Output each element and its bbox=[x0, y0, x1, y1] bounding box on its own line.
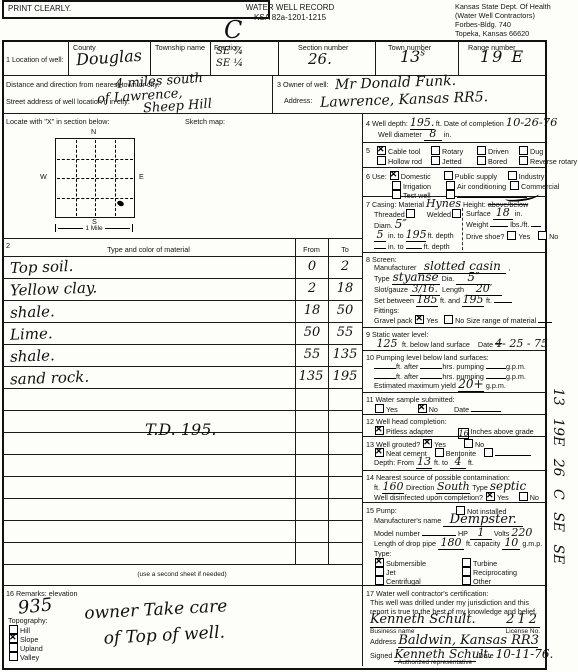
material-row-to: 50 bbox=[329, 303, 361, 318]
blank bbox=[471, 411, 501, 412]
pump-manufacturer-value: Dempster. bbox=[450, 516, 517, 523]
below-land-label: ft. below land surface bbox=[402, 340, 470, 349]
static-date-value: - 25 - 75 bbox=[502, 337, 548, 350]
sample-date-label: Date bbox=[454, 405, 469, 414]
contractor-address-value: Baldwin, Kansas RR3 bbox=[398, 637, 539, 644]
hollow-rod-label: Hollow rod bbox=[388, 157, 422, 166]
estimated-yield-label: Estimated maximum yield bbox=[374, 381, 456, 390]
checkbox-grouted-yes bbox=[423, 439, 432, 448]
screen-manufacturer-value: slotted casin bbox=[424, 263, 501, 270]
casing-into-label2: in. to bbox=[388, 242, 404, 251]
material-row-from: 55 bbox=[296, 347, 328, 362]
blank bbox=[374, 368, 396, 369]
screen-type-value: styanse bbox=[393, 274, 439, 281]
grout-ft-label: ft. bbox=[468, 458, 474, 467]
well-depth-line: 4 Well depth: 195. ft. Date of completio… bbox=[366, 118, 557, 130]
checkbox-driven bbox=[477, 146, 486, 155]
bored-label: Bored bbox=[488, 157, 507, 166]
weight-blank bbox=[490, 226, 508, 227]
casing-material-label: Material bbox=[398, 200, 424, 209]
weight-unit: lbs./ft. bbox=[510, 220, 529, 229]
authorized-representative-label: Authorized representative bbox=[398, 659, 472, 666]
gpm-label: g.p.m. bbox=[506, 372, 526, 381]
checkbox-submersible bbox=[375, 558, 384, 567]
casing-height-label: Height: bbox=[463, 200, 486, 209]
drill-method-row2: Hollow rod Jetted Bored Reverse rotary bbox=[376, 156, 577, 167]
hrs-pumping-label: hrs. pumping bbox=[442, 362, 484, 371]
material-row-text: Lime. bbox=[10, 324, 53, 343]
checkbox-centrifugal bbox=[375, 576, 384, 585]
well-diameter-unit: in. bbox=[444, 130, 452, 139]
compass-e: E bbox=[139, 172, 144, 182]
checkbox-drive-shoe-no bbox=[538, 231, 547, 240]
contamination-ft-label: ft. bbox=[374, 483, 380, 492]
business-name-value: Kenneth Schult. bbox=[370, 612, 476, 627]
screen-dia-label: Dia. bbox=[442, 274, 455, 283]
disinfected-yes-label: Yes bbox=[497, 493, 509, 502]
material-row-text: sand rock. bbox=[10, 368, 90, 389]
owner-label: 3 Owner of well: bbox=[277, 80, 329, 90]
blank bbox=[494, 302, 512, 303]
jetted-label: Jetted bbox=[442, 157, 462, 166]
water-sample-line: Yes No Date bbox=[374, 404, 501, 415]
checkbox-pitless bbox=[375, 426, 384, 435]
ft-label: ft. bbox=[486, 296, 492, 305]
gravel-yes-label: Yes bbox=[426, 316, 438, 325]
signed-date-label: Date bbox=[478, 651, 493, 660]
checkbox-bentonite bbox=[435, 448, 444, 457]
contamination-distance: 160 bbox=[383, 483, 404, 490]
checkbox-air-conditioning bbox=[446, 181, 455, 190]
well-location-mark bbox=[116, 200, 124, 207]
gpm-label: g.p.m. bbox=[506, 362, 526, 371]
material-row-from: 0 bbox=[296, 259, 328, 274]
blank bbox=[374, 248, 386, 249]
business-name-line: Kenneth Schult. 212 bbox=[370, 612, 540, 628]
checkbox-industry bbox=[508, 171, 517, 180]
pumping-line1: ft. after hrs. pumping g.p.m. bbox=[374, 362, 526, 372]
blank bbox=[495, 455, 531, 456]
grout-ft-to-label: ft. to bbox=[434, 458, 448, 467]
material-row-to: 55 bbox=[329, 325, 361, 340]
drill-method-num: 5 bbox=[366, 146, 370, 156]
comma: , bbox=[508, 263, 510, 272]
well-head-line: Pitless adapter 16 Inches above grade bbox=[374, 426, 534, 439]
grout-depth-label: Depth: From bbox=[374, 458, 414, 467]
remarks-note: owner Take care of Top of well. bbox=[84, 593, 230, 652]
drop-pipe-label: Length of drop pipe bbox=[374, 539, 436, 548]
checkbox-reverse-rotary bbox=[519, 156, 528, 165]
blank bbox=[374, 378, 396, 379]
material-header: Type and color of material bbox=[2, 245, 295, 255]
screen-set-line: Set between 185 ft. and 195 ft. bbox=[374, 296, 512, 307]
checkbox-turbine bbox=[462, 558, 471, 567]
print-clearly-label: PRINT CLEARLY. bbox=[8, 4, 71, 13]
blank bbox=[406, 248, 422, 249]
checkbox-hollow-rod bbox=[377, 156, 386, 165]
grid-line bbox=[57, 159, 133, 160]
mile-scale: 1 Mile bbox=[55, 224, 133, 232]
model-number-label: Model number bbox=[374, 529, 420, 538]
disinfected-no-label: No bbox=[530, 493, 539, 502]
dug-label: Dug bbox=[530, 147, 543, 156]
checkbox-sample-no bbox=[418, 404, 427, 413]
industry-label: Industry bbox=[519, 172, 545, 181]
casing-to-value: 195 bbox=[406, 231, 427, 238]
agency-line: (Water Well Contractors) bbox=[455, 11, 551, 20]
agency-line: Topeka, Kansas 66620 bbox=[455, 29, 551, 38]
blank bbox=[420, 368, 442, 369]
checkbox-reciprocating bbox=[462, 567, 471, 576]
drop-pipe-value: 180 bbox=[440, 539, 461, 546]
gravel-pack-line: Gravel pack Yes No Size range of materia… bbox=[374, 315, 552, 326]
material-from-header: From bbox=[295, 245, 328, 255]
hp-value: 1 bbox=[477, 529, 484, 536]
direction-value: South bbox=[437, 483, 470, 490]
driven-label: Driven bbox=[488, 147, 509, 156]
checkbox-pump-other bbox=[462, 576, 471, 585]
weight-blank2 bbox=[531, 226, 541, 227]
agency-line: Kansas State Dept. Of Health bbox=[455, 2, 551, 11]
pump-type-row3: Centrifugal Other bbox=[374, 576, 491, 587]
sample-yes-label: Yes bbox=[386, 405, 398, 414]
fraction-line1: SE ¼ bbox=[216, 46, 243, 58]
checkbox-jetted bbox=[431, 156, 440, 165]
direction-label: Direction bbox=[406, 483, 434, 492]
gmp-label: g.m.p. bbox=[522, 539, 542, 548]
blank bbox=[486, 368, 506, 369]
checkbox-jet bbox=[375, 567, 384, 576]
welded-label: Welded bbox=[427, 210, 451, 219]
contractor-address-label: Address bbox=[370, 637, 396, 646]
topo-valley: Valley bbox=[8, 652, 39, 663]
gravel-no-label: No bbox=[455, 316, 464, 325]
casing-ftdepth-label: ft. depth bbox=[428, 231, 454, 240]
slot-gauze-value: 3/16. bbox=[412, 286, 438, 293]
disinfected-line: Well disinfected upon completion? Yes No bbox=[374, 492, 539, 503]
drive-shoe-line: Drive shoe? Yes No bbox=[466, 231, 558, 242]
grid-line bbox=[57, 178, 133, 179]
checkbox-valley bbox=[9, 652, 18, 661]
completion-date-value: 10-26-76 bbox=[506, 115, 558, 129]
rotary-label: Rotary bbox=[442, 147, 463, 156]
checkbox-neat-cement bbox=[375, 448, 384, 457]
ft-and-label: ft. and bbox=[440, 296, 460, 305]
casing-ftdepth-label2: ft. depth bbox=[424, 242, 450, 251]
use-row1: 6 Use: Domestic Public supply Industry bbox=[366, 171, 544, 182]
checkbox-domestic bbox=[390, 171, 399, 180]
checkbox-commercial bbox=[510, 181, 519, 190]
material-row-to: 135 bbox=[329, 347, 361, 362]
drive-shoe-yes-label: Yes bbox=[518, 232, 530, 241]
static-level-value: 125 bbox=[377, 340, 398, 347]
checkbox-gravel-yes bbox=[415, 315, 424, 324]
estimated-yield-value: 20+ bbox=[458, 381, 483, 388]
section-number-value: 26. bbox=[308, 50, 332, 68]
grid-line bbox=[57, 198, 133, 199]
pump-manufacturer-line: Manufacturer's name Dempster. bbox=[374, 516, 523, 527]
casing-from-value: 5 bbox=[377, 231, 384, 238]
location-label: 1 Location of well: bbox=[6, 55, 64, 65]
town-number-value: 13s bbox=[400, 47, 425, 66]
domestic-label: Domestic bbox=[401, 172, 431, 181]
checkbox-slope bbox=[9, 634, 18, 643]
contamination-type-value: septic bbox=[490, 479, 526, 493]
pump-other-label: Other bbox=[473, 577, 491, 586]
public-supply-label: Public supply bbox=[455, 172, 497, 181]
inches-box: 16 bbox=[458, 428, 469, 439]
completion-date-label: ft. Date of completion bbox=[436, 119, 504, 128]
checkbox-drive-shoe-yes bbox=[507, 231, 516, 240]
material-row-from: 135 bbox=[294, 369, 328, 384]
signed-date-value: 10-11-76. bbox=[496, 647, 554, 661]
gravel-pack-label: Gravel pack bbox=[374, 316, 412, 325]
ft-after-label: ft. after bbox=[396, 362, 418, 371]
sample-no-label: No bbox=[429, 405, 438, 414]
checkbox-grouted-no bbox=[464, 439, 473, 448]
town-number-sup: s bbox=[420, 49, 425, 59]
pump-label: 15 Pump: bbox=[366, 506, 397, 516]
yield-line: Estimated maximum yield 20+ g.p.m. bbox=[374, 381, 506, 392]
fraction-value: SE ¼ SE ¼ bbox=[216, 46, 243, 70]
use-label: 6 Use: bbox=[366, 172, 387, 181]
size-range-label: Size range of material bbox=[466, 316, 536, 325]
checkbox-test-well bbox=[392, 190, 401, 199]
checkbox-cable-tool bbox=[377, 146, 386, 155]
compass-n: N bbox=[91, 127, 96, 137]
fraction-line2: SE ¼ bbox=[216, 58, 243, 70]
well-diameter-value: 8 bbox=[429, 130, 436, 137]
casing-threaded-line: Threaded Welded bbox=[374, 209, 463, 220]
locate-label: Locate with "X" in section below: bbox=[6, 117, 109, 127]
blank bbox=[538, 322, 552, 323]
material-row-from: 50 bbox=[296, 325, 328, 340]
material-row-from: 18 bbox=[296, 303, 328, 318]
checkbox-welded bbox=[452, 209, 461, 218]
checkbox-bored bbox=[477, 156, 486, 165]
agency-line: Forbes-Bldg. 740 bbox=[455, 20, 551, 29]
screen-type-label: Type bbox=[374, 274, 390, 283]
material-row-to: 2 bbox=[329, 259, 361, 274]
casing-into-label: in. to bbox=[388, 231, 404, 240]
compass-w: W bbox=[40, 172, 47, 182]
checkbox-disinfected-no bbox=[519, 492, 528, 501]
owner-address-label: Address: bbox=[284, 96, 312, 106]
well-depth-label: 4 Well depth: bbox=[366, 119, 408, 128]
cable-tool-label: Cable tool bbox=[388, 147, 420, 156]
casing-depth-line2: in. to ft. depth bbox=[374, 242, 450, 252]
checkbox-irrigation bbox=[392, 181, 401, 190]
material-row-text: shale. bbox=[10, 302, 55, 322]
material-row-text: shale. bbox=[10, 346, 55, 366]
well-depth-value: 195. bbox=[410, 119, 435, 126]
water-well-record-form: PRINT CLEARLY. WATER WELL RECORD KSA 82a… bbox=[0, 0, 578, 672]
grout-from-value: 13 bbox=[417, 458, 431, 465]
reverse-rotary-label: Reverse rotary bbox=[530, 157, 577, 166]
checkbox-threaded bbox=[406, 209, 415, 218]
pitless-label: Pitless adapter bbox=[386, 427, 434, 436]
checkbox-grout-other bbox=[484, 448, 493, 457]
form-title-line1: WATER WELL RECORD bbox=[205, 3, 375, 13]
slot-gauze-label: Slot/gauze bbox=[374, 285, 408, 294]
static-date-label: Date bbox=[478, 340, 493, 349]
checkbox-sample-yes bbox=[375, 404, 384, 413]
license-number-value: 212 bbox=[506, 612, 540, 627]
casing-surface-line: Surface 18 in. bbox=[466, 209, 522, 220]
centrifugal-label: Centrifugal bbox=[386, 577, 421, 586]
fraction-scrawl: C bbox=[224, 16, 242, 44]
agency-address: Kansas State Dept. Of Health (Water Well… bbox=[455, 2, 551, 38]
surface-label: Surface bbox=[466, 209, 491, 218]
checkbox-dug bbox=[519, 146, 528, 155]
screen-length-value: 20′ bbox=[476, 285, 493, 292]
ft-after-label: ft. after bbox=[396, 372, 418, 381]
pump-manufacturer-label: Manufacturer's name bbox=[374, 516, 441, 525]
weight-label: Weight bbox=[466, 220, 488, 229]
material-to-header: To bbox=[328, 245, 362, 255]
well-diameter-line: Well diameter 8 in. bbox=[378, 130, 451, 141]
checkbox-rotary bbox=[431, 146, 440, 155]
grouted-line2: Neat cement Bentonite bbox=[374, 448, 531, 459]
drive-shoe-label: Drive shoe? bbox=[466, 232, 504, 241]
grouted-line3: Depth: From 13 ft. to 4 ft. bbox=[374, 458, 474, 469]
contractor-address-line: Address Baldwin, Kansas RR3 bbox=[370, 637, 538, 648]
drive-shoe-no-label: No bbox=[549, 232, 558, 241]
section-grid bbox=[55, 138, 135, 218]
material-row-from: 2 bbox=[296, 281, 328, 296]
drill-method-row1: Cable tool Rotary Driven Dug bbox=[376, 146, 543, 157]
checkbox-upland bbox=[9, 643, 18, 652]
mile-label: 1 Mile bbox=[85, 225, 102, 232]
casing-label: 7 Casing: bbox=[366, 200, 396, 209]
inches-value: 16 bbox=[459, 429, 469, 438]
checkbox-gravel-no bbox=[444, 315, 453, 324]
material-row-to: 195 bbox=[329, 369, 361, 384]
range-number-value: 19 E bbox=[480, 47, 525, 66]
gpm-label: g.p.m. bbox=[486, 381, 506, 390]
capacity-label: ft. capacity bbox=[466, 539, 500, 548]
signed-label: Signed bbox=[370, 651, 392, 660]
material-row-to: 18 bbox=[329, 281, 361, 296]
well-diameter-label: Well diameter bbox=[378, 130, 422, 139]
township-label: Township name bbox=[155, 43, 205, 53]
blank bbox=[486, 378, 506, 379]
material-row-text: Yellow clay. bbox=[10, 278, 98, 299]
grout-to-value: 4 bbox=[454, 458, 461, 465]
casing-weight-line: Weight lbs./ft. bbox=[466, 220, 541, 230]
valley-label: Valley bbox=[20, 653, 39, 662]
material-footer: (use a second sheet if needed) bbox=[2, 571, 362, 578]
blank bbox=[420, 378, 442, 379]
disinfected-label: Well disinfected upon completion? bbox=[374, 493, 483, 502]
sketch-map-label: Sketch map: bbox=[185, 117, 225, 127]
checkbox-disinfected-yes bbox=[486, 492, 495, 501]
set-between-label: Set between bbox=[374, 296, 414, 305]
set-from-value: 185 bbox=[416, 296, 437, 303]
drop-pipe-line: Length of drop pipe 180 ft. capacity 10 … bbox=[374, 539, 542, 550]
checkbox-public-supply bbox=[444, 171, 453, 180]
total-depth-note: T.D. 195. bbox=[145, 420, 216, 439]
town-number: 13 bbox=[400, 47, 420, 66]
screen-dia-value: 5″ bbox=[467, 274, 479, 281]
casing-depth-line1: 5 in. to 195 ft. depth bbox=[374, 231, 454, 242]
static-level-line: 125 ft. below land surface Date 4- 25 - … bbox=[374, 339, 548, 351]
inches-label: Inches above grade bbox=[471, 427, 534, 436]
screen-length-label: Length bbox=[442, 285, 464, 294]
surface-unit: in. bbox=[515, 209, 523, 218]
capacity-value: 10 bbox=[504, 539, 518, 546]
margin-legal-annotation: 13 19E 26 C SE SE bbox=[550, 388, 566, 640]
set-to-value: 195 bbox=[462, 296, 483, 303]
surface-value: 18 bbox=[496, 209, 510, 216]
screen-type-line: Type styanse Dia. 5″ bbox=[374, 274, 490, 285]
material-row-text: Top soil. bbox=[10, 257, 74, 277]
